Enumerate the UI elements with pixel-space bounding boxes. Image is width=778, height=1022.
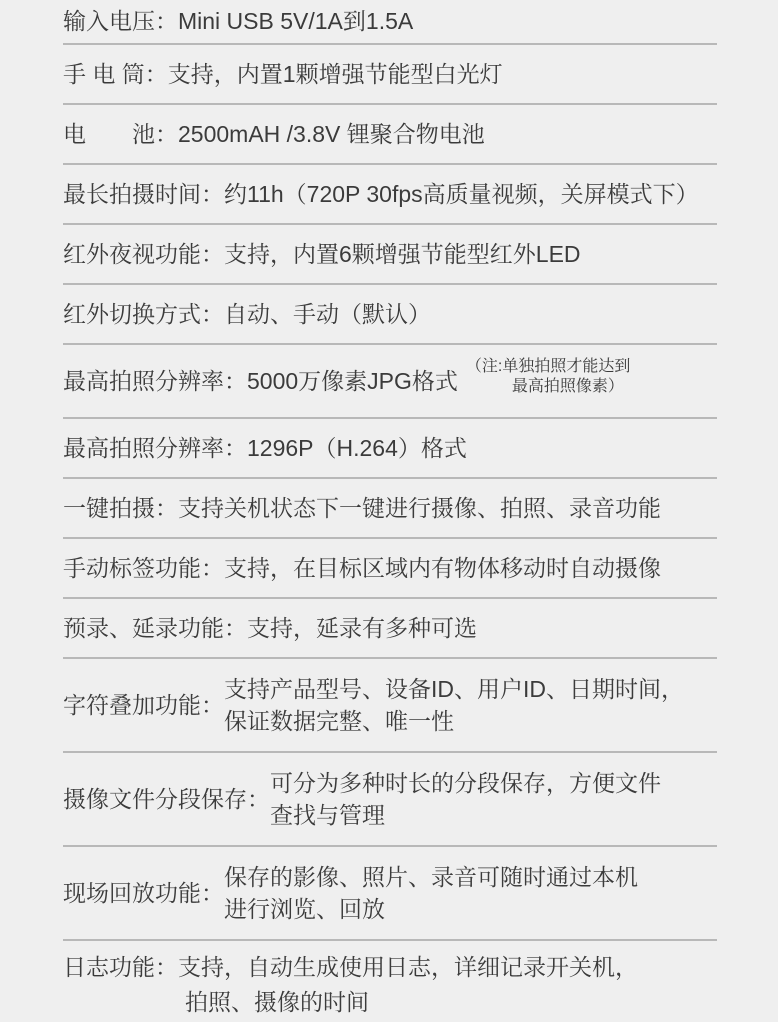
spec-row-segmented-saving: 摄像文件分段保存： 可分为多种时长的分段保存，方便文件 查找与管理: [63, 753, 717, 847]
spec-row-battery: 电 池： 2500mAH /3.8V 锂聚合物电池: [63, 105, 717, 165]
spec-value: 支持，内置6颗增强节能型红外LED: [224, 241, 581, 267]
spec-row-max-video-resolution: 最高拍照分辨率： 1296P（H.264）格式: [63, 419, 717, 479]
spec-note: （注:单独拍照才能达到最高拍照像素）: [466, 357, 630, 397]
spec-row-max-photo-resolution: 最高拍照分辨率： 5000万像素JPG格式 （注:单独拍照才能达到最高拍照像素）: [63, 345, 717, 419]
spec-value: 支持关机状态下一键进行摄像、拍照、录音功能: [178, 495, 661, 521]
spec-note-line2: 最高拍照像素）: [466, 378, 624, 395]
spec-table: 输入电压： Mini USB 5V/1A到1.5A 手 电 筒： 支持，内置1颗…: [0, 0, 778, 1022]
spec-row-pre-post-record: 预录、延录功能： 支持，延录有多种可选: [63, 599, 717, 659]
spec-label: 输入电压：: [63, 8, 178, 34]
spec-value-block: 保存的影像、照片、录音可随时通过本机 进行浏览、回放: [224, 861, 717, 925]
spec-label: 现场回放功能：: [63, 880, 224, 906]
spec-value: 2500mAH /3.8V 锂聚合物电池: [178, 121, 485, 147]
spec-value: 支持，延录有多种可选: [247, 615, 477, 641]
spec-value-block: 可分为多种时长的分段保存，方便文件 查找与管理: [270, 767, 717, 831]
spec-row-osd-overlay: 字符叠加功能： 支持产品型号、设备ID、用户ID、日期时间， 保证数据完整、唯一…: [63, 659, 717, 753]
spec-value-line2: 拍照、摄像的时间: [63, 985, 717, 1020]
spec-row-one-key-capture: 一键拍摄： 支持关机状态下一键进行摄像、拍照、录音功能: [63, 479, 717, 539]
spec-row-manual-tag: 手动标签功能： 支持，在目标区域内有物体移动时自动摄像: [63, 539, 717, 599]
spec-note-line1: （注:单独拍照才能达到: [466, 358, 630, 375]
spec-value-line2: 进行浏览、回放: [224, 893, 717, 925]
spec-row-ir-switch-mode: 红外切换方式： 自动、手动（默认）: [63, 285, 717, 345]
spec-row-ir-night-vision: 红外夜视功能： 支持，内置6颗增强节能型红外LED: [63, 225, 717, 285]
spec-row-input-voltage: 输入电压： Mini USB 5V/1A到1.5A: [63, 0, 717, 45]
spec-value-line2: 查找与管理: [270, 799, 717, 831]
spec-value: 自动、手动（默认）: [224, 301, 431, 327]
spec-value-line1: 可分为多种时长的分段保存，方便文件: [270, 767, 717, 799]
spec-value: 支持，自动生成使用日志，详细记录开关机，: [178, 954, 638, 980]
spec-value-line1: 保存的影像、照片、录音可随时通过本机: [224, 861, 717, 893]
spec-line1: 日志功能：支持，自动生成使用日志，详细记录开关机，: [63, 950, 717, 985]
spec-label: 预录、延录功能：: [63, 615, 247, 641]
spec-label: 字符叠加功能：: [63, 692, 224, 718]
spec-value: 支持，内置1颗增强节能型白光灯: [168, 61, 503, 87]
spec-label: 最高拍照分辨率：: [63, 368, 247, 394]
spec-row-local-playback: 现场回放功能： 保存的影像、照片、录音可随时通过本机 进行浏览、回放: [63, 847, 717, 941]
spec-value-line1: 支持产品型号、设备ID、用户ID、日期时间，: [224, 673, 717, 705]
spec-label: 红外夜视功能：: [63, 241, 224, 267]
spec-label: 电 池：: [63, 121, 178, 147]
spec-value: Mini USB 5V/1A到1.5A: [178, 8, 413, 34]
spec-value-line2: 保证数据完整、唯一性: [224, 705, 717, 737]
spec-value-block: 支持产品型号、设备ID、用户ID、日期时间， 保证数据完整、唯一性: [224, 673, 717, 737]
spec-label: 日志功能：: [63, 954, 178, 980]
spec-value: 约11h（720P 30fps高质量视频，关屏模式下）: [224, 181, 699, 207]
spec-value: 1296P（H.264）格式: [247, 435, 467, 461]
spec-row-max-record-time: 最长拍摄时间： 约11h（720P 30fps高质量视频，关屏模式下）: [63, 165, 717, 225]
spec-label: 红外切换方式：: [63, 301, 224, 327]
spec-label: 摄像文件分段保存：: [63, 786, 270, 812]
spec-row-log-function: 日志功能：支持，自动生成使用日志，详细记录开关机， 拍照、摄像的时间: [63, 941, 717, 1022]
spec-label: 最长拍摄时间：: [63, 181, 224, 207]
spec-label: 手动标签功能：: [63, 555, 224, 581]
spec-row-flashlight: 手 电 筒： 支持，内置1颗增强节能型白光灯: [63, 45, 717, 105]
spec-value: 5000万像素JPG格式: [247, 368, 458, 394]
spec-label: 一键拍摄：: [63, 495, 178, 521]
spec-label: 最高拍照分辨率：: [63, 435, 247, 461]
spec-value: 支持，在目标区域内有物体移动时自动摄像: [224, 555, 661, 581]
spec-label: 手 电 筒：: [63, 61, 168, 87]
